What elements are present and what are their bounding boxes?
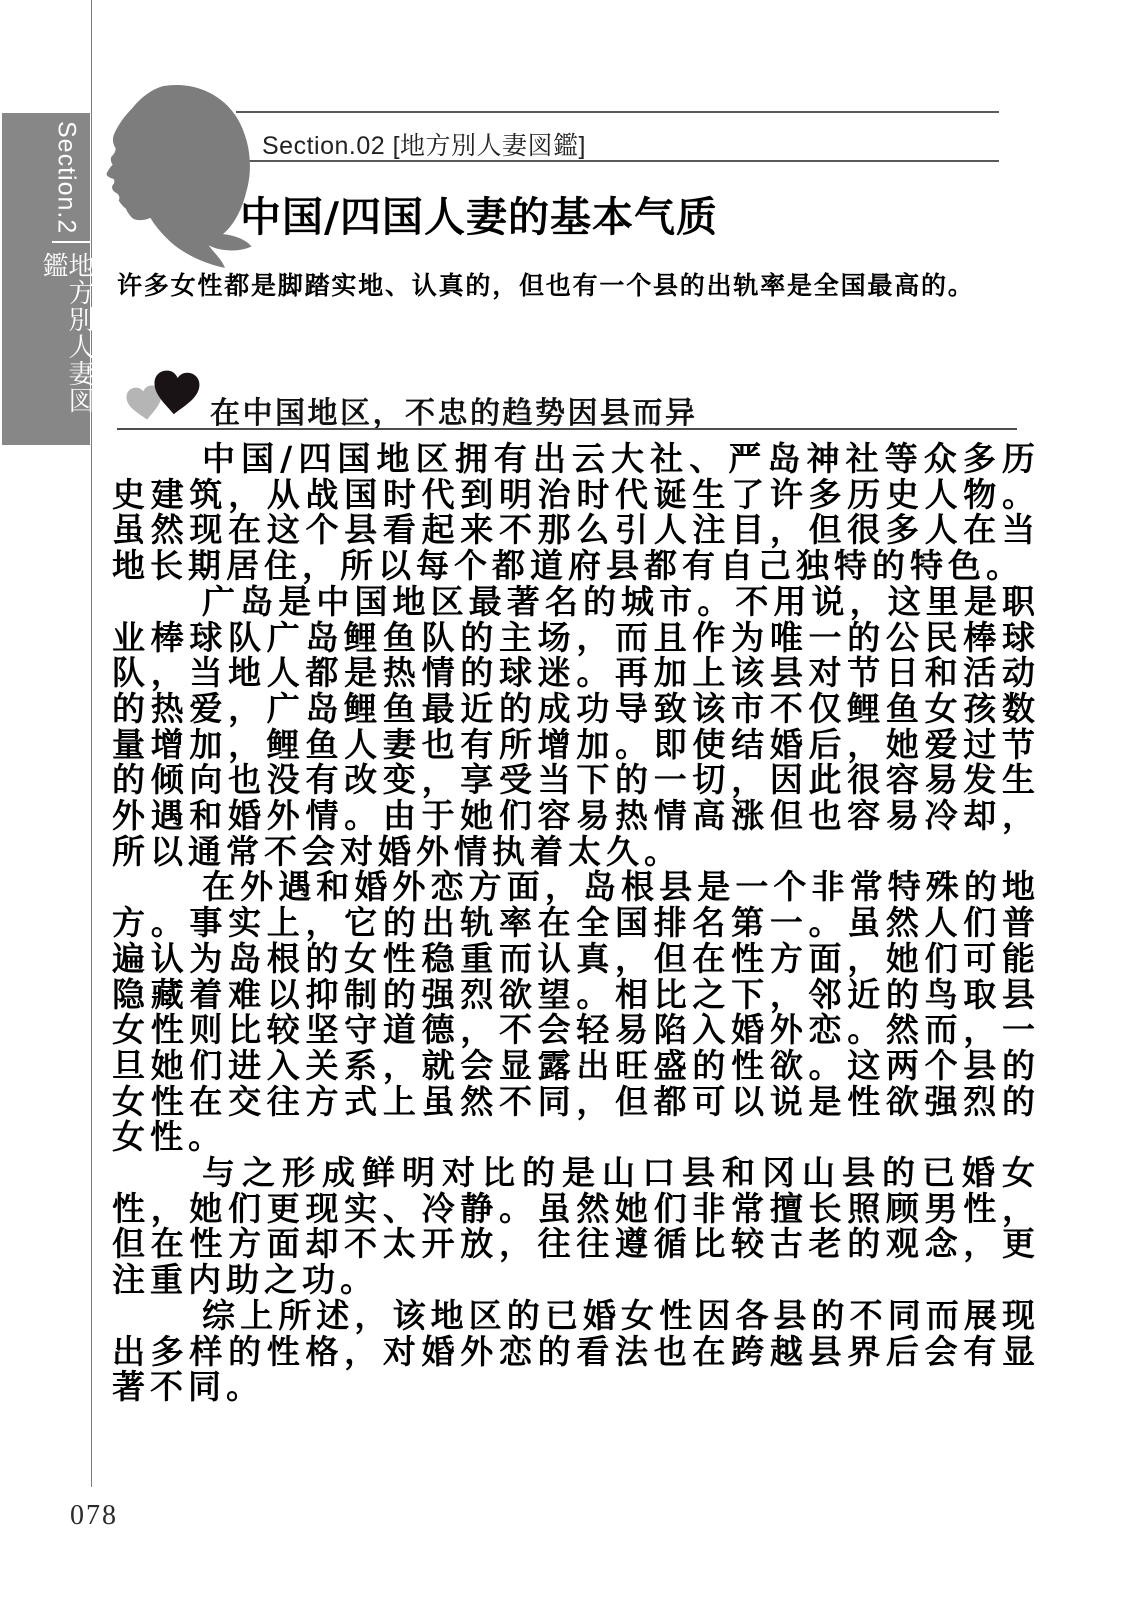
margin-rule [91,0,92,1487]
section-line: Section.02 [地方別人妻図鑑] [262,126,586,162]
woman-profile-silhouette-icon [103,84,255,274]
paragraph: 在外遇和婚外恋方面，岛根县是一个非常特殊的地方。事实上，它的出轨率在全国排名第一… [112,869,1040,1155]
sidebar-section-label: Section.2 [54,121,79,234]
sidebar-vertical-text: Section.2 地方別人妻図鑑 [47,121,85,439]
sidebar-section-tab: Section.2 地方別人妻図鑑 [2,113,90,445]
page-title: 中国/四国人妻的基本气质 [240,184,718,243]
paragraph: 中国/四国地区拥有出云大社、严岛神社等众多历史建筑，从战国时代到明治时代诞生了许… [112,441,1040,584]
header-rule-bottom [236,160,999,162]
page-number: 078 [70,1500,118,1532]
section-heading-rule [117,428,1017,430]
header-rule-top [236,111,999,113]
sidebar-divider [52,241,90,243]
sidebar-series-title: 地方別人妻図鑑 [40,252,92,439]
paragraph: 与之形成鲜明对比的是山口县和冈山县的已婚女性，她们更现实、冷静。虽然她们非常擅长… [112,1155,1040,1298]
paragraph: 广岛是中国地区最著名的城市。不用说，这里是职业棒球队广岛鲤鱼队的主场，而且作为唯… [112,584,1040,870]
book-page: Section.2 地方別人妻図鑑 Section.02 [地方別人妻図鑑] 中… [0,0,1128,1600]
body-text: 中国/四国地区拥有出云大社、严岛神社等众多历史建筑，从战国时代到明治时代诞生了许… [112,441,1040,1405]
paragraph: 综上所述，该地区的已婚女性因各县的不同而展现出多样的性格，对婚外恋的看法也在跨越… [112,1298,1040,1405]
section-heading: 在中国地区，不忠的趋势因县而异 [210,388,698,432]
